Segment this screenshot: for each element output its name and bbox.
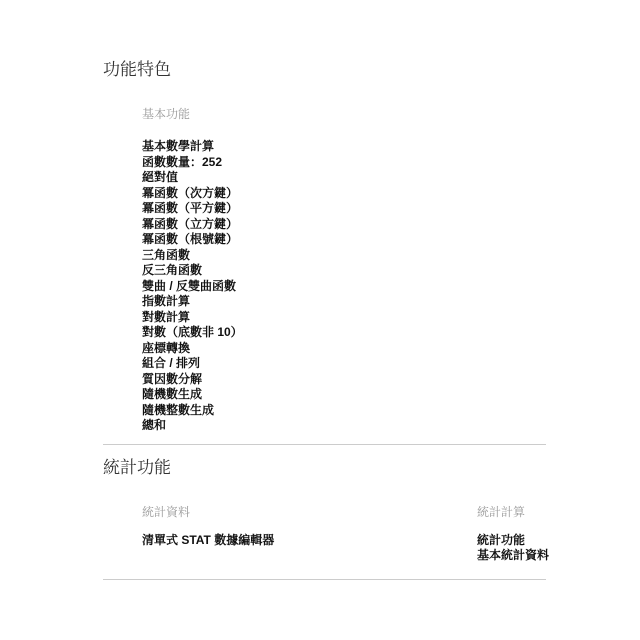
basic-functions-list: 基本數學計算函數數量：252絕對值冪函數（次方鍵）冪函數（平方鍵）冪函數（立方鍵… (142, 139, 640, 434)
basic-functions-group-label: 基本功能 (142, 106, 640, 122)
statistics-calc-item: 統計功能 (477, 533, 640, 549)
statistics-data-group-label: 統計資料 (142, 504, 477, 520)
feature-item: 隨機數生成 (142, 387, 640, 403)
statistics-calc-list: 統計功能基本統計資料 (477, 533, 640, 564)
statistics-data-column: 統計資料 清單式 STAT 數據編輯器 (142, 480, 477, 564)
spec-page: 功能特色 基本功能 基本數學計算函數數量：252絕對值冪函數（次方鍵）冪函數（平… (0, 0, 640, 640)
feature-item: 冪函數（根號鍵） (142, 232, 640, 248)
statistics-section-title: 統計功能 (103, 456, 640, 480)
statistics-calc-group-label: 統計計算 (477, 504, 640, 520)
feature-item: 基本數學計算 (142, 139, 640, 155)
feature-item: 三角函數 (142, 248, 640, 264)
statistics-columns: 統計資料 清單式 STAT 數據編輯器 統計計算 統計功能基本統計資料 (142, 480, 640, 564)
feature-item: 總和 (142, 418, 640, 434)
feature-item: 質因數分解 (142, 372, 640, 388)
feature-item: 冪函數（平方鍵） (142, 201, 640, 217)
section-divider (103, 444, 546, 445)
section-divider (103, 579, 546, 580)
statistics-calc-item: 基本統計資料 (477, 548, 640, 564)
feature-item: 對數計算 (142, 310, 640, 326)
feature-item: 座標轉換 (142, 341, 640, 357)
feature-item: 雙曲 / 反雙曲函數 (142, 279, 640, 295)
statistics-calc-column: 統計計算 統計功能基本統計資料 (477, 480, 640, 564)
statistics-data-list: 清單式 STAT 數據編輯器 (142, 533, 477, 549)
feature-item: 對數（底數非 10） (142, 325, 640, 341)
feature-item: 隨機整數生成 (142, 403, 640, 419)
features-section-title: 功能特色 (103, 58, 640, 82)
feature-item: 反三角函數 (142, 263, 640, 279)
feature-item: 組合 / 排列 (142, 356, 640, 372)
statistics-section: 統計功能 統計資料 清單式 STAT 數據編輯器 統計計算 統計功能基本統計資料 (103, 456, 640, 580)
feature-item: 冪函數（立方鍵） (142, 217, 640, 233)
feature-item: 指數計算 (142, 294, 640, 310)
features-section: 功能特色 基本功能 基本數學計算函數數量：252絕對值冪函數（次方鍵）冪函數（平… (103, 58, 640, 445)
feature-item: 絕對值 (142, 170, 640, 186)
statistics-data-item: 清單式 STAT 數據編輯器 (142, 533, 477, 549)
feature-item: 冪函數（次方鍵） (142, 186, 640, 202)
feature-item: 函數數量：252 (142, 155, 640, 171)
